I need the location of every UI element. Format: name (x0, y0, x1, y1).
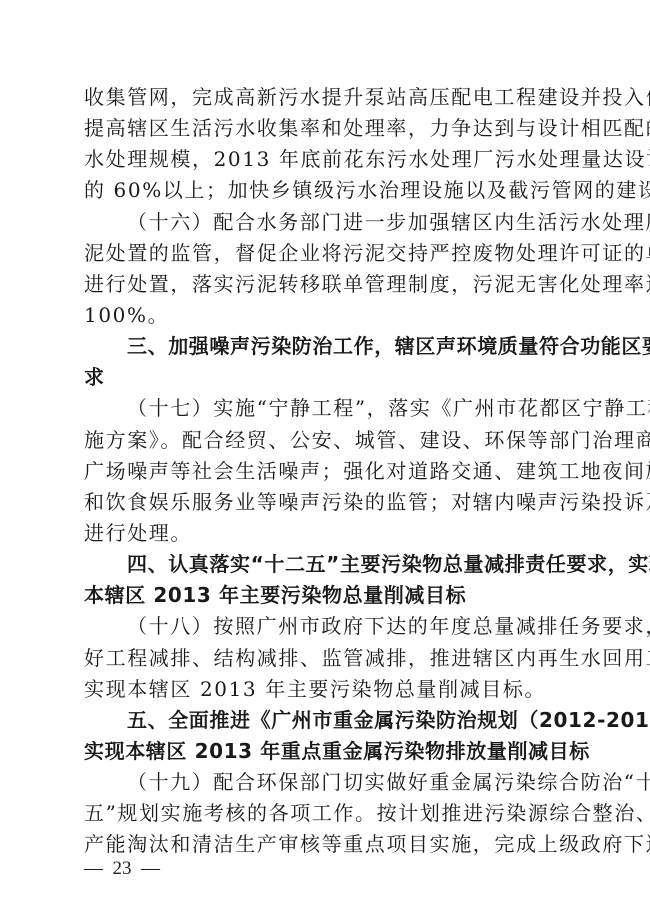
clause-19-start: （十九）配合环保部门切实做好重金属污染综合防治“十二 (84, 767, 564, 798)
section-heading-4-cont: 本辖区 2013 年主要污染物总量削减目标 (84, 580, 564, 611)
body-line: 和饮食娱乐服务业等噪声污染的监管；对辖内噪声污染投诉及时 (84, 487, 564, 518)
section-heading-5-cont: 实现本辖区 2013 年重点重金属污染物排放量削减目标 (84, 736, 564, 767)
body-line: 水处理规模，2013 年底前花东污水处理厂污水处理量达设计规模 (84, 144, 564, 175)
clause-16-start: （十六）配合水务部门进一步加强辖区内生活污水处理厂污 (84, 207, 564, 238)
section-heading-3: 三、加强噪声污染防治工作，辖区声环境质量符合功能区要 (84, 331, 564, 362)
body-line: 五”规划实施考核的各项工作。按计划推进污染源综合整治、落后 (84, 798, 564, 829)
body-line: 提高辖区生活污水收集率和处理率，力争达到与设计相匹配的污 (84, 113, 564, 144)
body-line: 泥处置的监管，督促企业将污泥交持严控废物处理许可证的单位 (84, 238, 564, 269)
body-line: 100%。 (84, 300, 564, 331)
body-line: 进行处理。 (84, 518, 564, 549)
body-line: 实现本辖区 2013 年主要污染物总量削减目标。 (84, 674, 564, 705)
section-heading-5: 五、全面推进《广州市重金属污染防治规划（2012-2015 年）》， (84, 705, 564, 736)
body-line: 进行处置，落实污泥转移联单管理制度，污泥无害化处理率达 (84, 269, 564, 300)
body-line: 施方案》。配合经贸、公安、城管、建设、环保等部门治理商业、 (84, 425, 564, 456)
body-line: 好工程减排、结构减排、监管减排，推进辖区内再生水回用工作， (84, 643, 564, 674)
body-line: 的 60%以上；加快乡镇级污水治理设施以及截污管网的建设。 (84, 175, 564, 206)
body-line: 广场噪声等社会生活噪声；强化对道路交通、建筑工地夜间施工 (84, 456, 564, 487)
section-heading-4: 四、认真落实“十二五”主要污染物总量减排责任要求，实现 (84, 549, 564, 580)
body-line: 收集管网，完成高新污水提升泵站高压配电工程建设并投入使用， (84, 82, 564, 113)
clause-18-start: （十八）按照广州市政府下达的年度总量减排任务要求，抓 (84, 611, 564, 642)
section-heading-3-cont: 求 (84, 362, 564, 393)
document-page: 收集管网，完成高新污水提升泵站高压配电工程建设并投入使用， 提高辖区生活污水收集… (84, 82, 564, 861)
page-number: — 23 — (84, 858, 160, 880)
body-line: 产能淘汰和清洁生产审核等重点项目实施，完成上级政府下达的 (84, 829, 564, 860)
clause-17-start: （十七）实施“宁静工程”，落实《广州市花都区宁静工程实 (84, 393, 564, 424)
